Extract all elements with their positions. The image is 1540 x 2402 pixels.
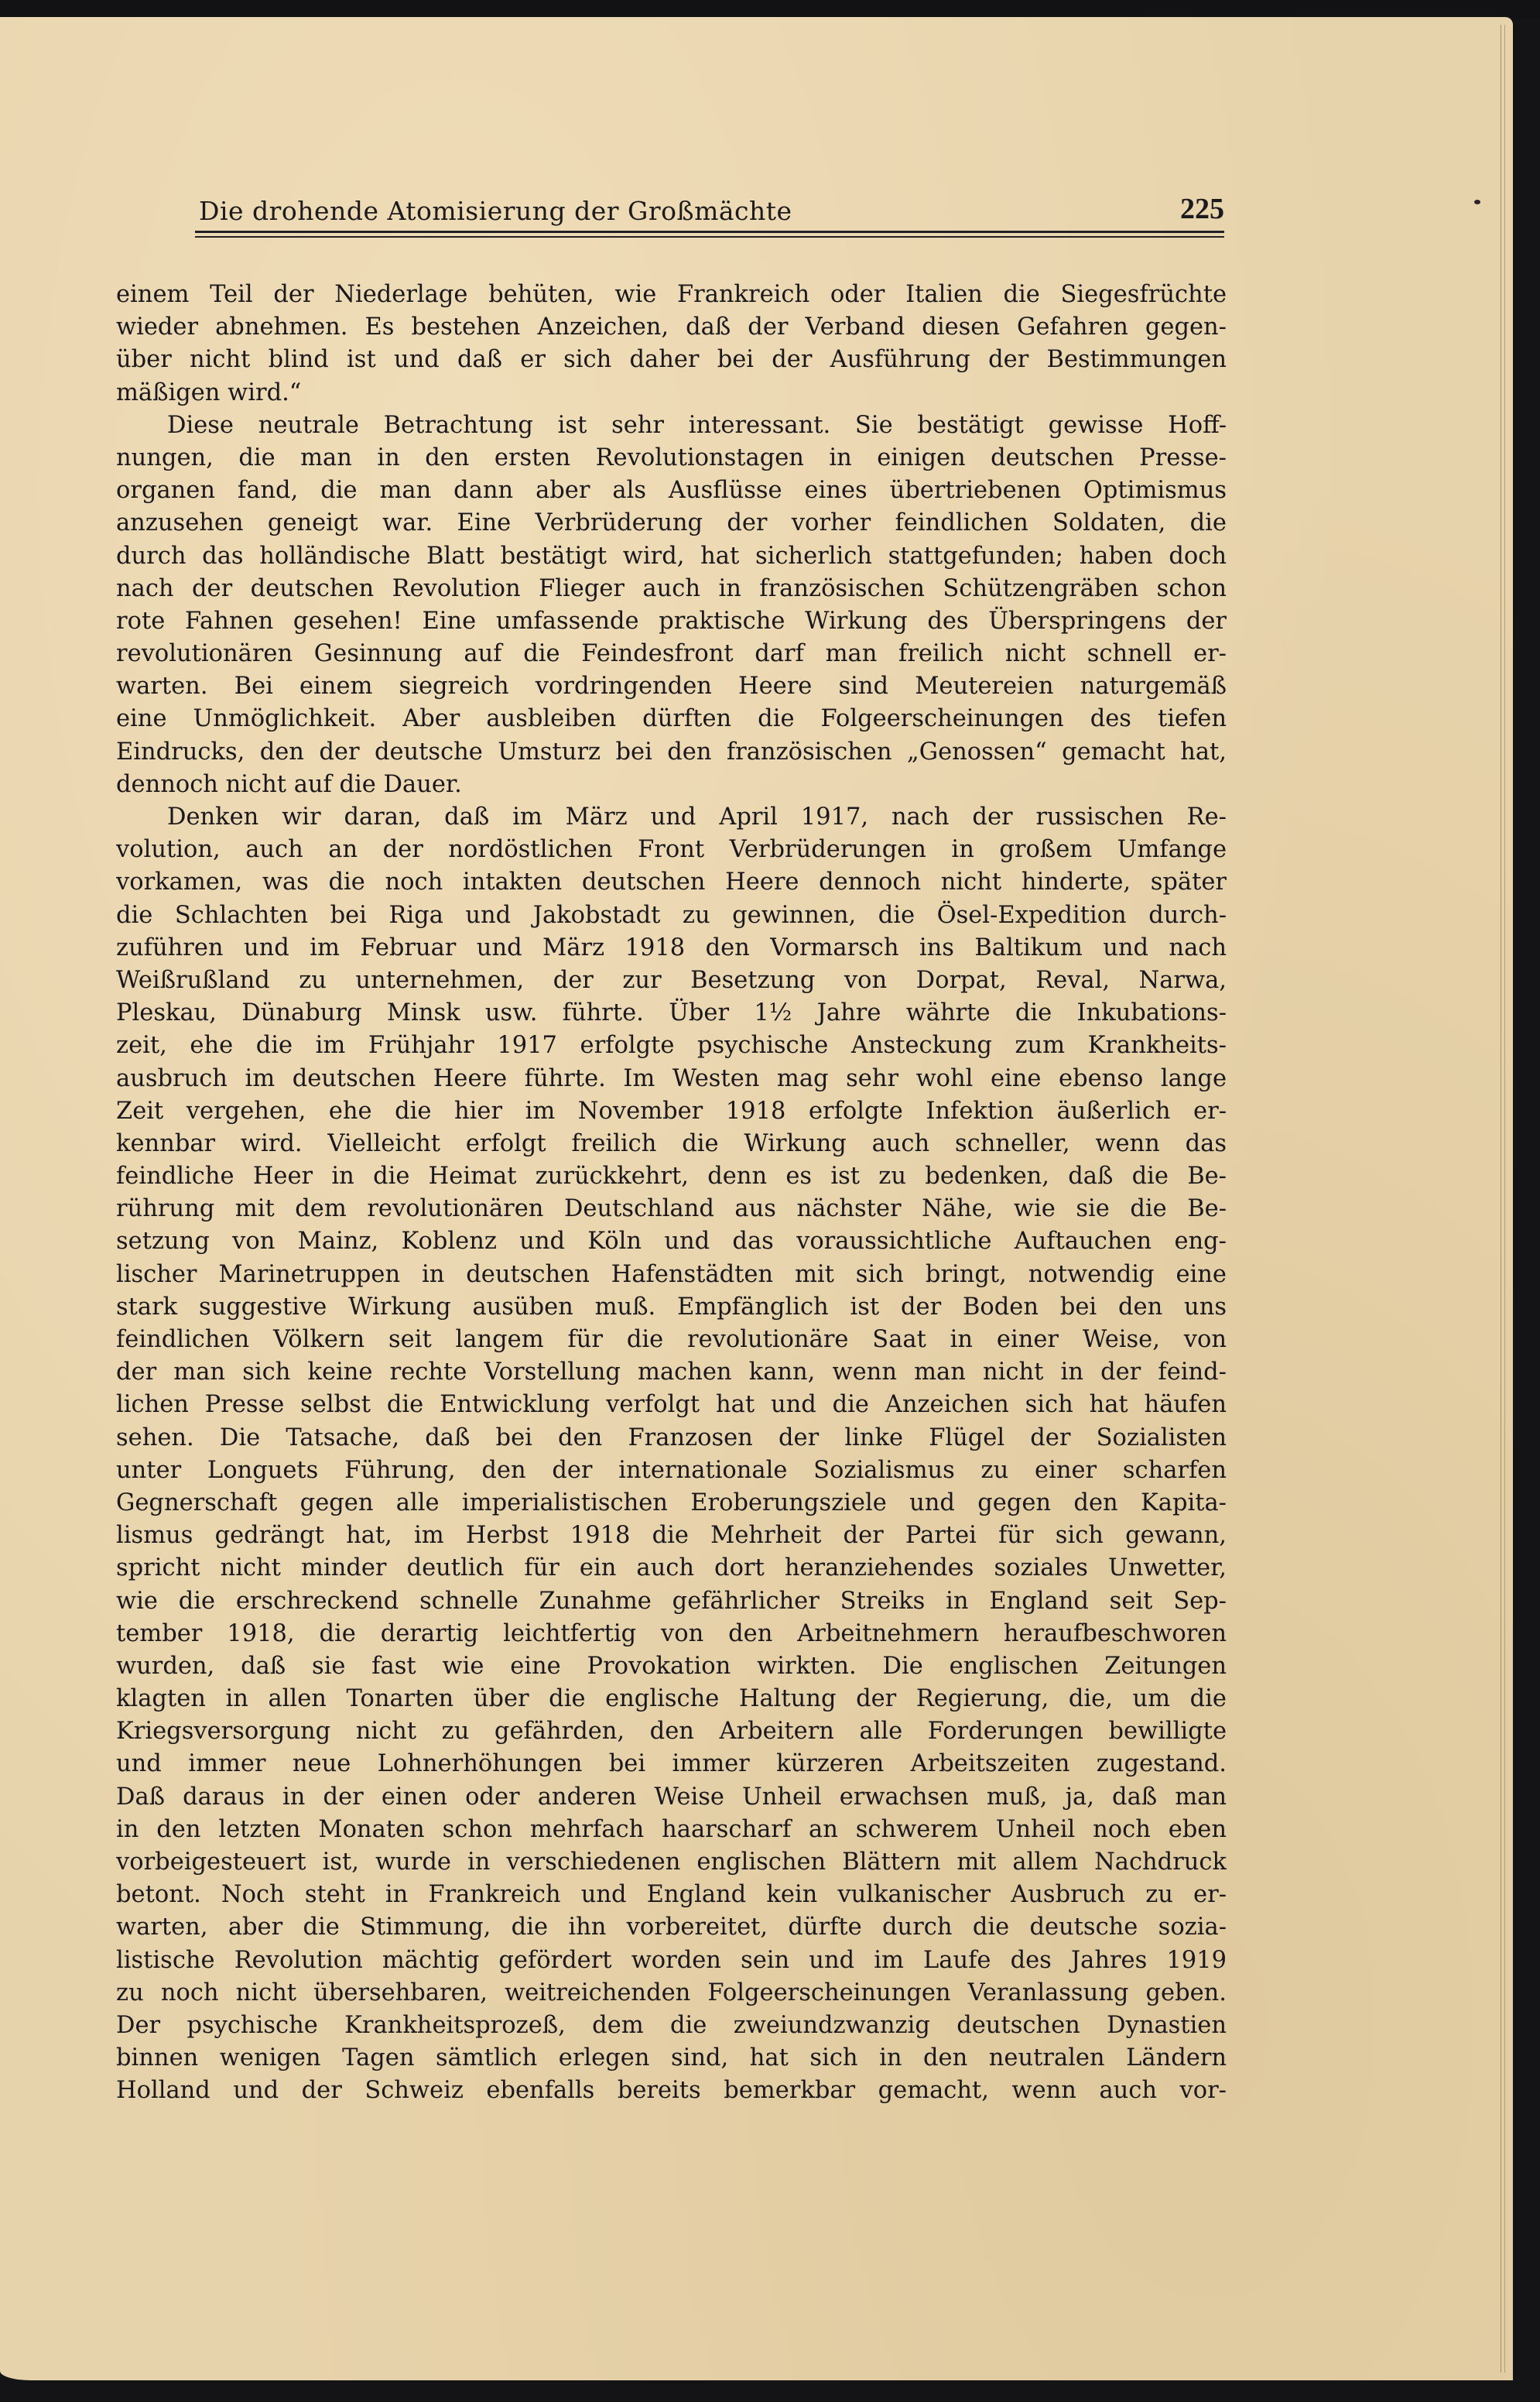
running-title: Die drohende Atomisierung der Großmächte [199,196,792,226]
text-line: Zeit vergehen, ehe die hier im November … [116,1095,1227,1128]
text-line: tember 1918, die derartig leichtfertig v… [116,1618,1227,1650]
text-line: über nicht blind ist und daß er sich dah… [116,344,1227,376]
text-line: in den letzten Monaten schon mehrfach ha… [116,1814,1227,1846]
scan-background-top [0,0,1540,19]
text-line: wurden, daß sie fast wie eine Provokatio… [116,1650,1227,1683]
text-line: zu noch nicht übersehbaren, weitreichend… [116,1977,1227,2010]
text-line: nach der deutschen Revolution Flieger au… [116,573,1227,605]
text-line: einem Teil der Niederlage behüten, wie F… [116,279,1227,311]
header-double-rule [195,231,1224,238]
text-line: eine Unmöglichkeit. Aber ausbleiben dürf… [116,703,1227,735]
text-line: betont. Noch steht in Frankreich und Eng… [116,1879,1227,1911]
text-line: Gegnerschaft gegen alle imperialistische… [116,1487,1227,1520]
text-line: lischer Marinetruppen in deutschen Hafen… [116,1259,1227,1291]
text-line: setzung von Mainz, Koblenz und Köln und … [116,1225,1227,1258]
text-line: Der psychische Krankheitsprozeß, dem die… [116,2010,1227,2042]
text-line: kennbar wird. Vielleicht erfolgt freilic… [116,1128,1227,1160]
text-line: vorkamen, was die noch intakten deutsche… [116,866,1227,899]
text-line: stark suggestive Wirkung ausüben muß. Em… [116,1291,1227,1324]
text-line: die Schlachten bei Riga und Jakobstadt z… [116,899,1227,932]
text-line: Pleskau, Dünaburg Minsk usw. führte. Übe… [116,997,1227,1030]
text-line: durch das holländische Blatt bestätigt w… [116,540,1227,573]
page-number: 225 [1180,192,1224,226]
text-line: warten. Bei einem siegreich vordringende… [116,670,1227,703]
text-line: Kriegsversorgung nicht zu gefährden, den… [116,1715,1227,1748]
text-line: rührung mit dem revolutionären Deutschla… [116,1193,1227,1225]
ink-spot [1474,200,1480,204]
text-line: Eindrucks, den der deutsche Umsturz bei … [116,736,1227,769]
text-line: zuführen und im Februar und März 1918 de… [116,932,1227,965]
body-text: einem Teil der Niederlage behüten, wie F… [116,279,1227,2108]
text-line: unter Longuets Führung, den der internat… [116,1455,1227,1487]
text-line: spricht nicht minder deutlich für ein au… [116,1552,1227,1585]
text-line: anzusehen geneigt war. Eine Verbrüderung… [116,507,1227,540]
text-line: Weißrußland zu unternehmen, der zur Bese… [116,965,1227,997]
text-line: wieder abnehmen. Es bestehen Anzeichen, … [116,311,1227,344]
text-line: ausbruch im deutschen Heere führte. Im W… [116,1063,1227,1095]
page-edge [1501,25,1505,2373]
text-line: Daß daraus in der einen oder anderen Wei… [116,1781,1227,1814]
text-line: zeit, ehe die im Frühjahr 1917 erfolgte … [116,1030,1227,1062]
text-line: binnen wenigen Tagen sämtlich erlegen si… [116,2042,1227,2075]
text-line: nungen, die man in den ersten Revolution… [116,442,1227,475]
text-line: dennoch nicht auf die Dauer. [116,769,1227,801]
text-line: klagten in allen Tonarten über die engli… [116,1683,1227,1715]
text-line: Diese neutrale Betrachtung ist sehr inte… [116,409,1227,442]
text-line: sehen. Die Tatsache, daß bei den Franzos… [116,1422,1227,1455]
text-line: vorbeigesteuert ist, wurde in verschiede… [116,1846,1227,1879]
text-line: wie die erschreckend schnelle Zunahme ge… [116,1585,1227,1618]
text-line: der man sich keine rechte Vorstellung ma… [116,1356,1227,1389]
text-line: und immer neue Lohnerhöhungen bei immer … [116,1748,1227,1780]
text-line: organen fand, die man dann aber als Ausf… [116,475,1227,507]
text-line: warten, aber die Stimmung, die ihn vorbe… [116,1911,1227,1944]
text-line: feindlichen Völkern seit langem für die … [116,1324,1227,1356]
text-line: rote Fahnen gesehen! Eine umfassende pra… [116,605,1227,638]
text-line: mäßigen wird.“ [116,377,1227,409]
text-line: Holland und der Schweiz ebenfalls bereit… [116,2075,1227,2107]
text-line: listische Revolution mächtig gefördert w… [116,1945,1227,1977]
text-line: lismus gedrängt hat, im Herbst 1918 die … [116,1520,1227,1552]
text-line: revolutionären Gesinnung auf die Feindes… [116,638,1227,670]
text-line: volution, auch an der nordöstlichen Fron… [116,834,1227,866]
text-line: Denken wir daran, daß im März und April … [116,801,1227,834]
text-line: lichen Presse selbst die Entwicklung ver… [116,1389,1227,1421]
text-line: feindliche Heer in die Heimat zurückkehr… [116,1160,1227,1193]
running-head: Die drohende Atomisierung der Großmächte… [195,190,1224,226]
